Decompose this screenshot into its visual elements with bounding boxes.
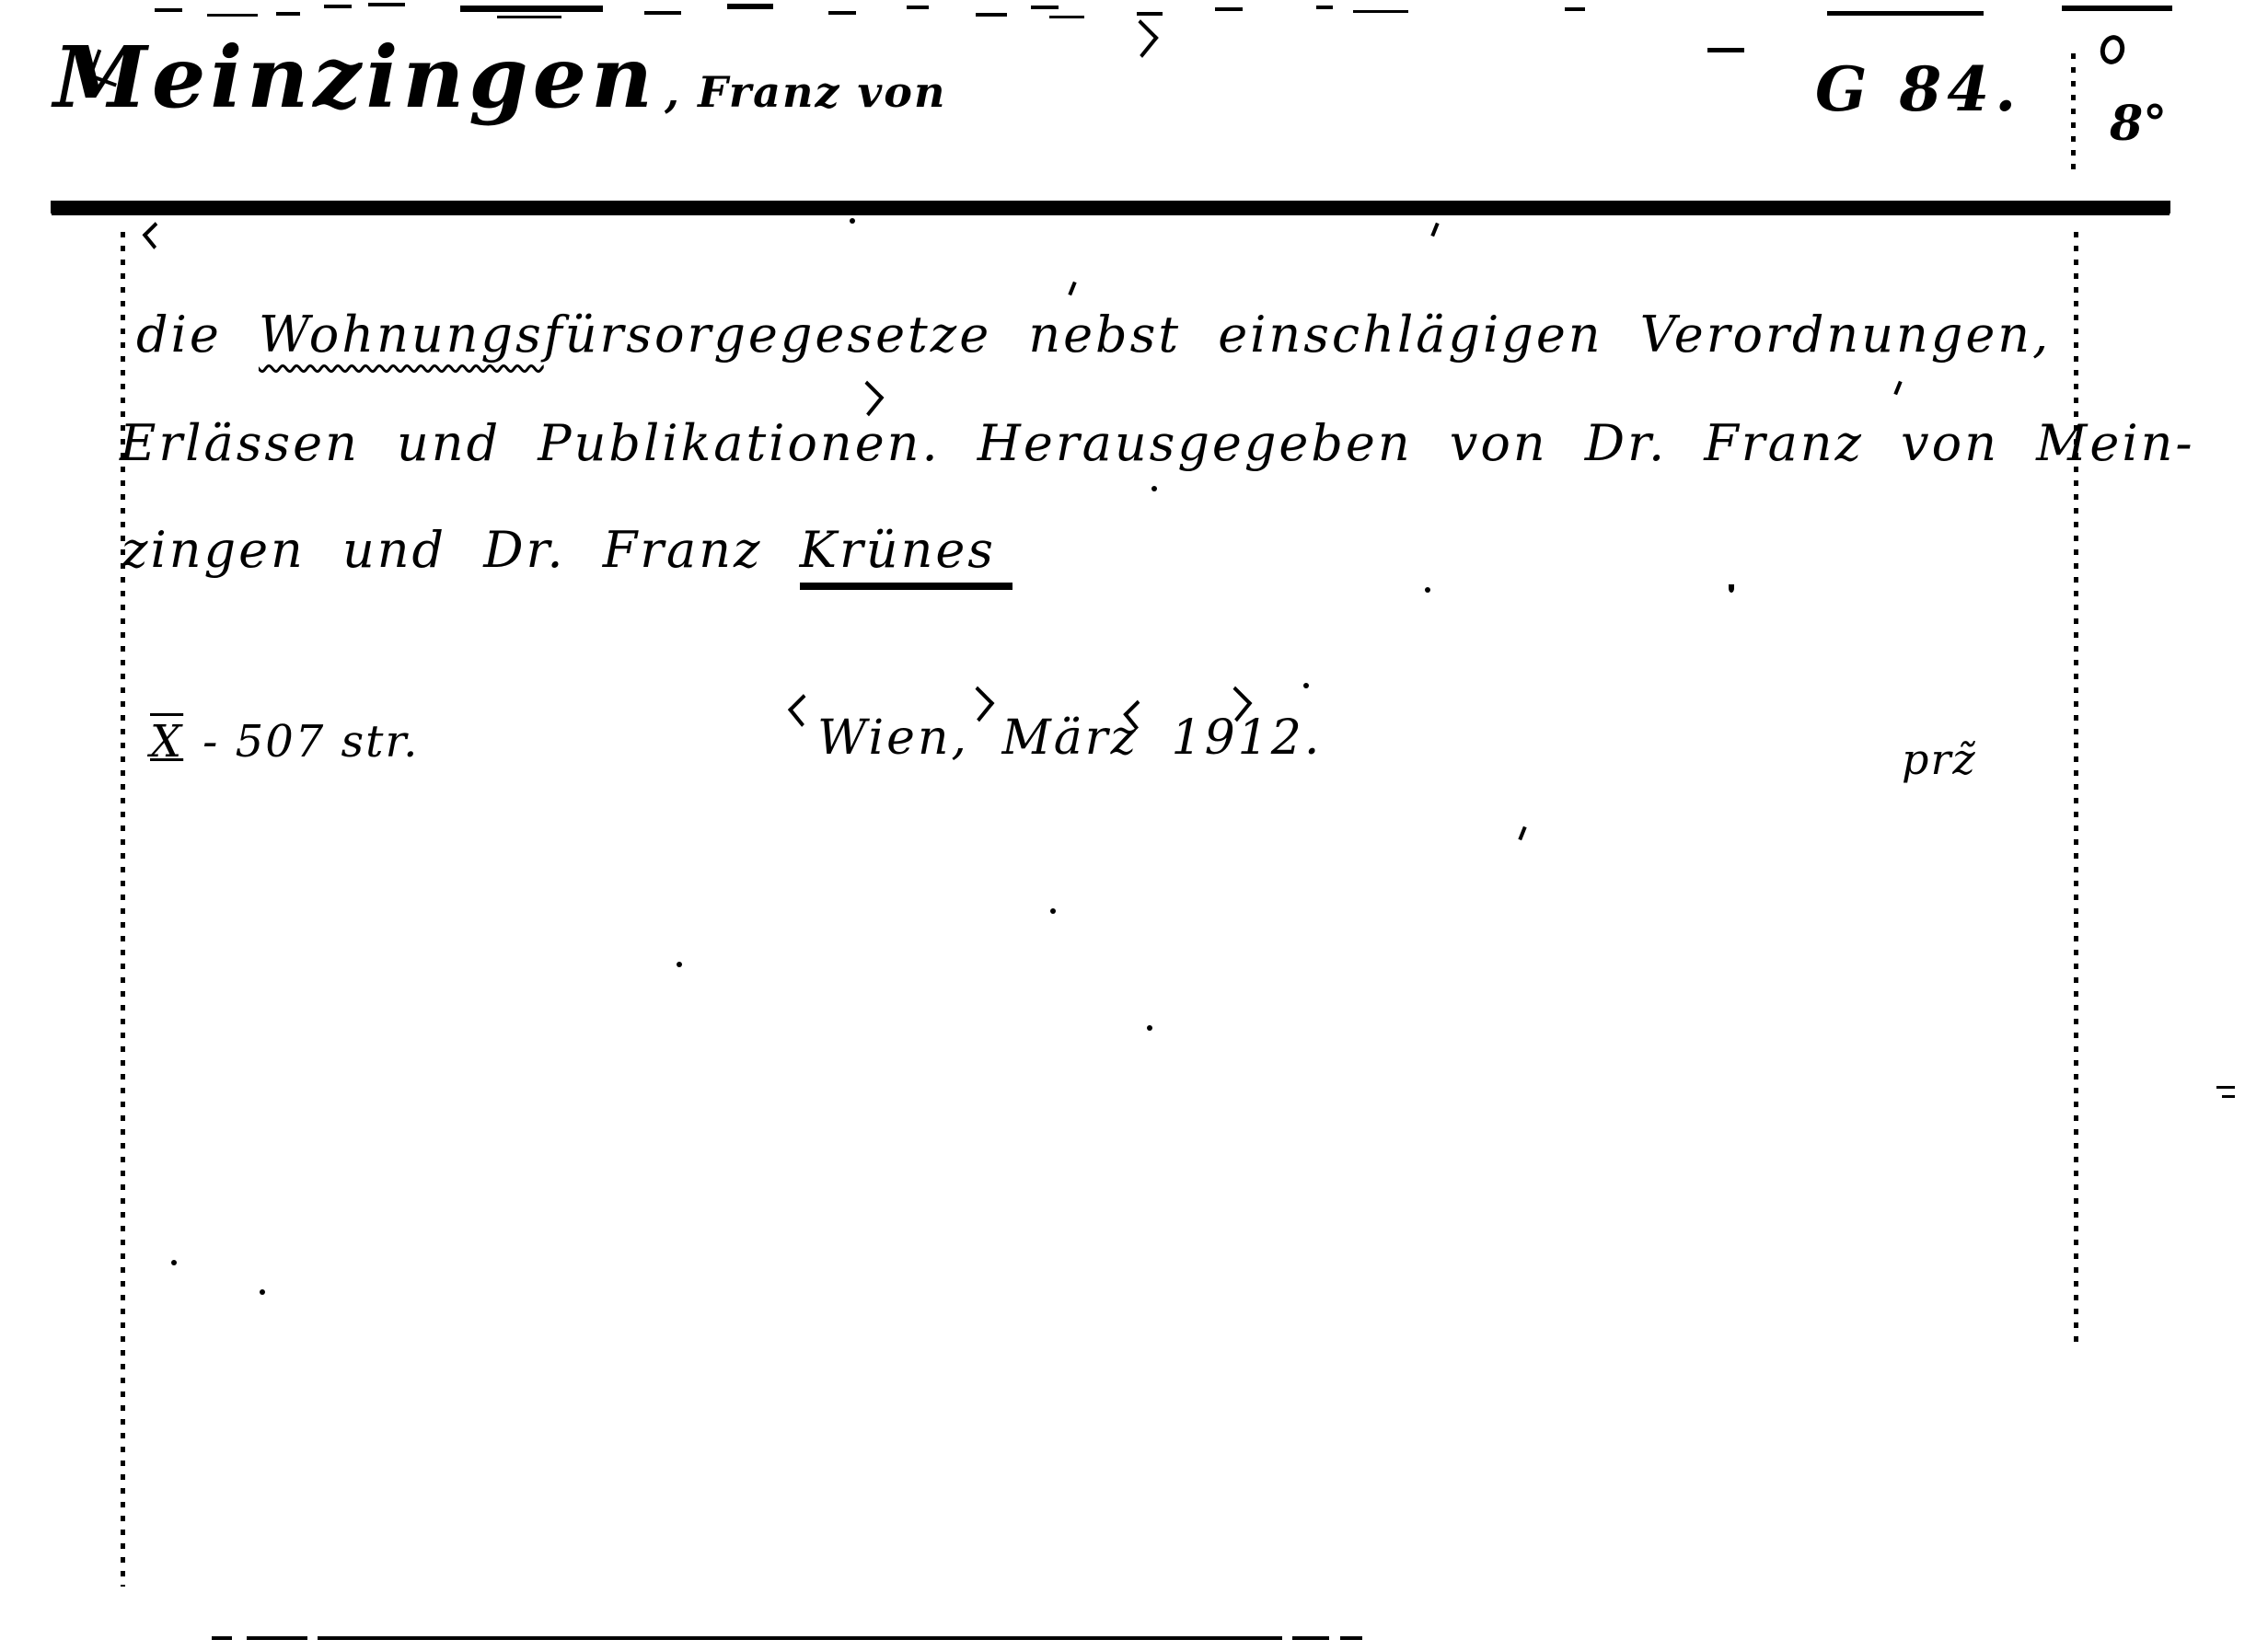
body-line-1-underlined-word: Wohnungs	[259, 306, 544, 364]
header-rule	[51, 201, 2170, 214]
scan-artifact	[1031, 6, 1059, 9]
scan-artifact	[1425, 587, 1430, 593]
body-line-3: zingen und Dr. Franz Krünes	[121, 521, 1012, 579]
scan-artifact	[1049, 16, 1084, 18]
body-line-3-underlined-name: Krünes	[800, 521, 1012, 590]
scan-artifact	[324, 5, 352, 8]
collation-roman-numeral: X	[145, 716, 188, 768]
heading-name: Meinzingen, Franz von	[53, 28, 946, 127]
scan-artifact	[1729, 584, 1734, 593]
scan-artifact	[850, 218, 855, 224]
bottom-edge-line	[318, 1636, 1282, 1640]
cataloguer-initials: prz̃	[1902, 734, 1977, 784]
scan-artifact	[2062, 6, 2172, 11]
scan-artifact	[976, 13, 1007, 17]
shelfmark: G 84.	[1815, 53, 2021, 125]
scan-artifact	[1151, 486, 1157, 491]
dotted-divider	[2071, 53, 2076, 171]
scan-artifact	[1353, 10, 1408, 13]
scan-artifact	[1565, 7, 1585, 11]
scan-artifact	[907, 6, 929, 9]
scan-artifact	[260, 1289, 265, 1295]
bottom-edge-line	[1292, 1636, 1329, 1640]
format-designation: 8°	[2110, 96, 2167, 152]
scan-artifact	[1707, 48, 1744, 52]
heading-surname: Meinzingen	[53, 28, 657, 127]
collation-pages: - 507 str.	[202, 716, 419, 768]
stray-oval-mark	[2098, 32, 2128, 66]
catalog-card: Meinzingen, Franz von G 84. 8° die Wohnu…	[0, 0, 2268, 1651]
scan-artifact	[1316, 6, 1333, 9]
scan-artifact	[1215, 7, 1243, 11]
body-line-1-start: die	[136, 306, 259, 364]
scan-artifact	[1147, 1025, 1152, 1031]
scan-artifact	[727, 4, 773, 9]
scan-artifact	[460, 6, 603, 12]
right-dotted-border	[2074, 232, 2078, 1350]
body-line-1: die Wohnungsfürsorgegesetze nebst einsch…	[136, 306, 2051, 364]
editorial-mark-body-start	[143, 222, 168, 249]
insertion-mark-line-2	[852, 381, 885, 417]
scan-artifact	[276, 12, 300, 16]
scan-artifact	[171, 1260, 177, 1265]
scan-artifact	[155, 8, 182, 12]
mark-before-place	[788, 694, 817, 727]
body-line-1-rest: fürsorgegesetze nebst einschlägigen Vero…	[544, 306, 2052, 364]
scan-artifact	[368, 3, 405, 6]
scan-artifact	[1430, 223, 1439, 237]
body-line-3-start: zingen und Dr. Franz	[121, 521, 800, 579]
scan-artifact	[497, 16, 561, 18]
scan-artifact	[1050, 908, 1056, 914]
scan-artifact	[1518, 826, 1526, 840]
scan-artifact	[2222, 1095, 2235, 1098]
scan-artifact	[828, 11, 856, 15]
scan-artifact	[207, 14, 258, 17]
scan-artifact	[1137, 12, 1163, 16]
scan-artifact	[1893, 381, 1902, 395]
bottom-edge-line	[247, 1636, 307, 1640]
scan-artifact	[1303, 683, 1309, 688]
scan-artifact	[644, 11, 681, 15]
scan-artifact	[2216, 1086, 2235, 1089]
place-and-date: Wien, März 1912.	[817, 710, 1322, 766]
scan-artifact	[1068, 282, 1076, 295]
scan-artifact	[1827, 11, 1984, 16]
editorial-mark-top-center	[1124, 19, 1159, 58]
collation: X- 507 str.	[145, 716, 419, 768]
body-line-2: Erlässen und Publikationen. Herausgegebe…	[120, 414, 2195, 472]
bottom-edge-line	[212, 1636, 232, 1640]
bottom-edge-line	[1340, 1636, 1362, 1640]
scan-artifact	[677, 962, 682, 967]
heading-forename: , Franz von	[665, 67, 946, 117]
